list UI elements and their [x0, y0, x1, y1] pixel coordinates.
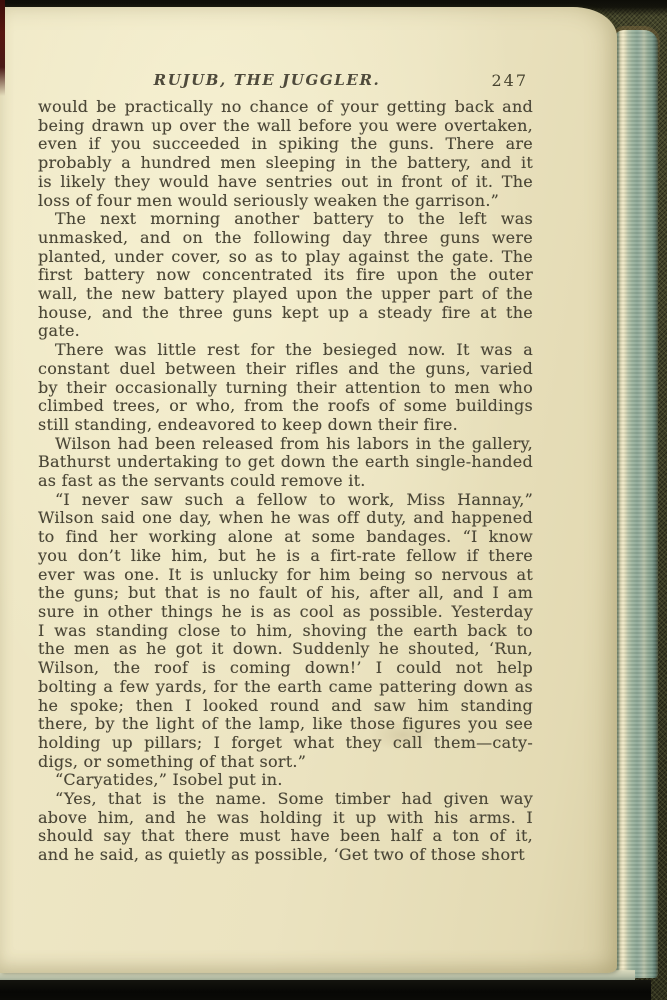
text-line: should say that there must have been hal…	[38, 827, 533, 846]
text-line: probably a hundred men sleeping in the b…	[38, 154, 533, 173]
page-title: RUJUB, THE JUGGLER.	[20, 71, 514, 89]
text-line: would be practically no chance of your g…	[38, 98, 533, 117]
text-line: Bathurst undertaking to get down the ear…	[38, 453, 533, 472]
text-line: holding up pillars; I forget what they c…	[38, 734, 533, 753]
text-line: above him, and he was holding it up with…	[38, 809, 533, 828]
text-line: bolting a few yards, for the earth came …	[38, 678, 533, 697]
text-line: gate.	[38, 322, 533, 341]
stacked-page-edges	[614, 30, 658, 978]
paragraph: “I never saw such a fellow to work, Miss…	[38, 491, 533, 772]
text-line: you don’t like him, but he is a firt-rat…	[38, 547, 533, 566]
text-line: There was little rest for the besieged n…	[38, 341, 533, 360]
text-line: and he said, as quietly as possible, ‘Ge…	[38, 846, 533, 865]
text-line: constant duel between their rifles and t…	[38, 360, 533, 379]
maroon-corner-sliver	[0, 0, 5, 96]
text-line: loss of four men would seriously weaken …	[38, 192, 533, 211]
text-line: “I never saw such a fellow to work, Miss…	[38, 491, 533, 510]
page-number: 247	[491, 71, 528, 90]
running-head: RUJUB, THE JUGGLER. 247	[38, 71, 532, 93]
text-line: by their occasionally turning their atte…	[38, 379, 533, 398]
paragraph: “Caryatides,” Isobel put in.	[38, 771, 533, 790]
text-line: “Yes, that is the name. Some timber had …	[38, 790, 533, 809]
text-line: Wilson said one day, when he was off dut…	[38, 509, 533, 528]
text-line: Wilson, the roof is coming down!’ I coul…	[38, 659, 533, 678]
bottom-shadow-band	[0, 980, 651, 1000]
text-line: The next morning another battery to the …	[38, 210, 533, 229]
text-line: he spoke; then I looked round and saw hi…	[38, 697, 533, 716]
text-line: Wilson had been released from his labors…	[38, 435, 533, 454]
text-line: even if you succeeded in spiking the gun…	[38, 135, 533, 154]
text-line: house, and the three guns kept up a stea…	[38, 304, 533, 323]
text-line: I was standing close to him, shoving the…	[38, 622, 533, 641]
paragraph: “Yes, that is the name. Some timber had …	[38, 790, 533, 865]
text-line: wall, the new battery played upon the up…	[38, 285, 533, 304]
text-line: still standing, endeavored to keep down …	[38, 416, 533, 435]
text-line: the guns; but that is no fault of his, a…	[38, 584, 533, 603]
text-line: the men as he got it down. Suddenly he s…	[38, 640, 533, 659]
text-block: would be practically no chance of your g…	[38, 98, 533, 865]
text-line: sure in other things he is as cool as po…	[38, 603, 533, 622]
text-line: as fast as the servants could remove it.	[38, 472, 533, 491]
text-line: first battery now concentrated its fire …	[38, 266, 533, 285]
text-line: there, by the light of the lamp, like th…	[38, 715, 533, 734]
text-line: ever was one. It is unlucky for him bein…	[38, 566, 533, 585]
paragraph: Wilson had been released from his labors…	[38, 435, 533, 491]
paragraph: would be practically no chance of your g…	[38, 98, 533, 210]
text-line: to find her working alone at some bandag…	[38, 528, 533, 547]
book-page: RUJUB, THE JUGGLER. 247 would be practic…	[0, 7, 617, 973]
text-line: being drawn up over the wall before you …	[38, 117, 533, 136]
text-line: unmasked, and on the following day three…	[38, 229, 533, 248]
paragraph: There was little rest for the besieged n…	[38, 341, 533, 435]
text-line: digs, or something of that sort.”	[38, 753, 533, 772]
text-line: is likely they would have sentries out i…	[38, 173, 533, 192]
text-line: “Caryatides,” Isobel put in.	[38, 771, 533, 790]
paragraph: The next morning another battery to the …	[38, 210, 533, 341]
text-line: planted, under cover, so as to play agai…	[38, 248, 533, 267]
text-line: climbed trees, or who, from the roofs of…	[38, 397, 533, 416]
